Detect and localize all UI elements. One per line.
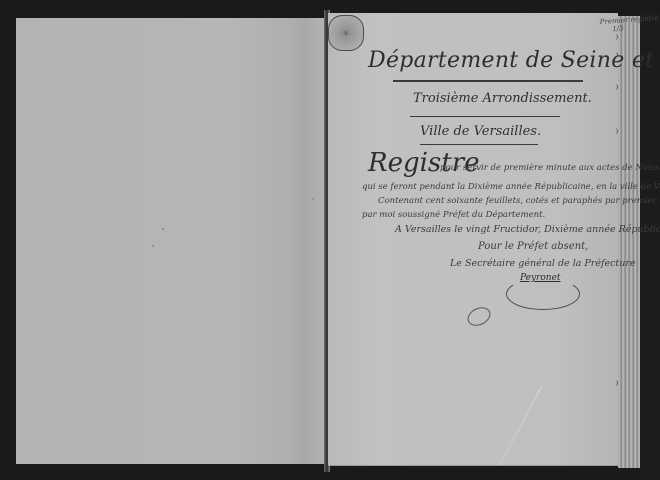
body-line: Contenant cent soixante feuillets, cotés… xyxy=(378,196,660,206)
locality-heading: Ville de Versailles. xyxy=(420,124,541,139)
cover-edge xyxy=(640,12,660,480)
date-line: A Versailles le vingt Fructidor, Dixième… xyxy=(395,224,660,235)
body-line: qui se feront pendant la Dixième année R… xyxy=(362,182,660,192)
body-line: par moi soussigné Préfet du Département. xyxy=(362,210,545,220)
heading-department: Département de Seine et Oise xyxy=(368,48,660,73)
left-page-blank xyxy=(16,18,326,464)
closing-line: Pour le Préfet absent, xyxy=(478,241,588,252)
divider xyxy=(420,144,538,145)
signature-flourish xyxy=(506,278,580,310)
divider xyxy=(393,80,583,82)
page-edges xyxy=(618,16,640,468)
paper-spot xyxy=(152,245,154,247)
paper-spot xyxy=(312,198,314,200)
seal-stamp-icon: seal⚛ xyxy=(328,15,364,51)
page-tab-marks xyxy=(612,30,620,330)
divider xyxy=(410,116,560,117)
subheading-arrondissement: Troisième Arrondissement. xyxy=(413,91,592,106)
paper-spot xyxy=(162,228,164,230)
closing-line: Le Secrétaire général de la Préfecture xyxy=(450,258,636,269)
body-line: pour servir de première minute aux actes… xyxy=(440,163,660,173)
